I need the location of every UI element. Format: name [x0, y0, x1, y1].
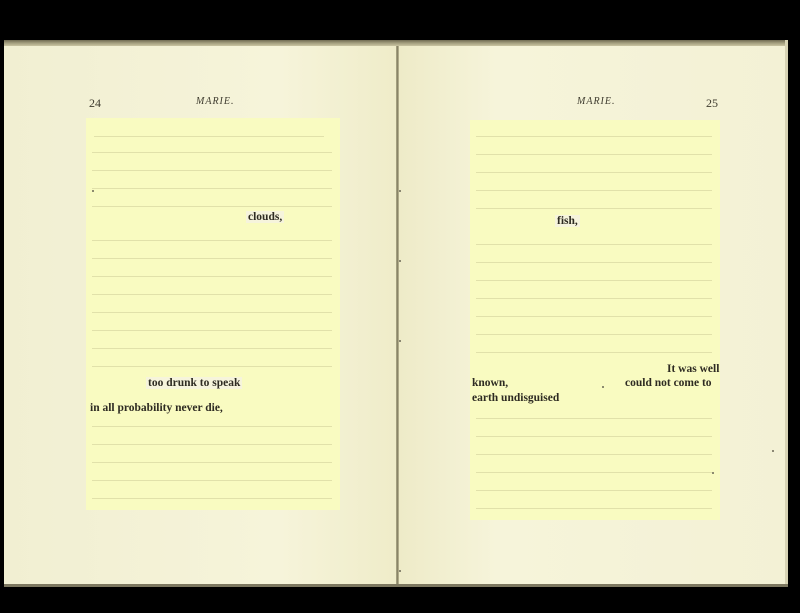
open-book: 24 MARIE. MARIE. 25 clouds, too drunk to…: [4, 40, 788, 587]
right-page-number: 25: [706, 96, 718, 111]
left-highlight-block: [86, 118, 340, 510]
word-fish: fish,: [555, 215, 580, 227]
left-page-number: 24: [89, 96, 101, 111]
right-running-head: MARIE.: [577, 96, 616, 107]
phrase-it-was-well: It was well: [665, 363, 721, 375]
left-running-head: MARIE.: [196, 96, 235, 107]
book-bottom-edge: [4, 584, 788, 587]
phrase-earth-undisguised: earth undisguised: [470, 392, 561, 404]
phrase-never-die: in all probability never die,: [88, 402, 225, 414]
word-clouds: clouds,: [246, 211, 284, 223]
word-known: known,: [470, 377, 510, 389]
phrase-could-not-come: could not come to: [623, 377, 714, 389]
right-highlight-block: [470, 120, 720, 520]
book-right-edge: [785, 40, 788, 587]
book-spine: [396, 46, 399, 587]
phrase-too-drunk: too drunk to speak: [146, 377, 242, 389]
